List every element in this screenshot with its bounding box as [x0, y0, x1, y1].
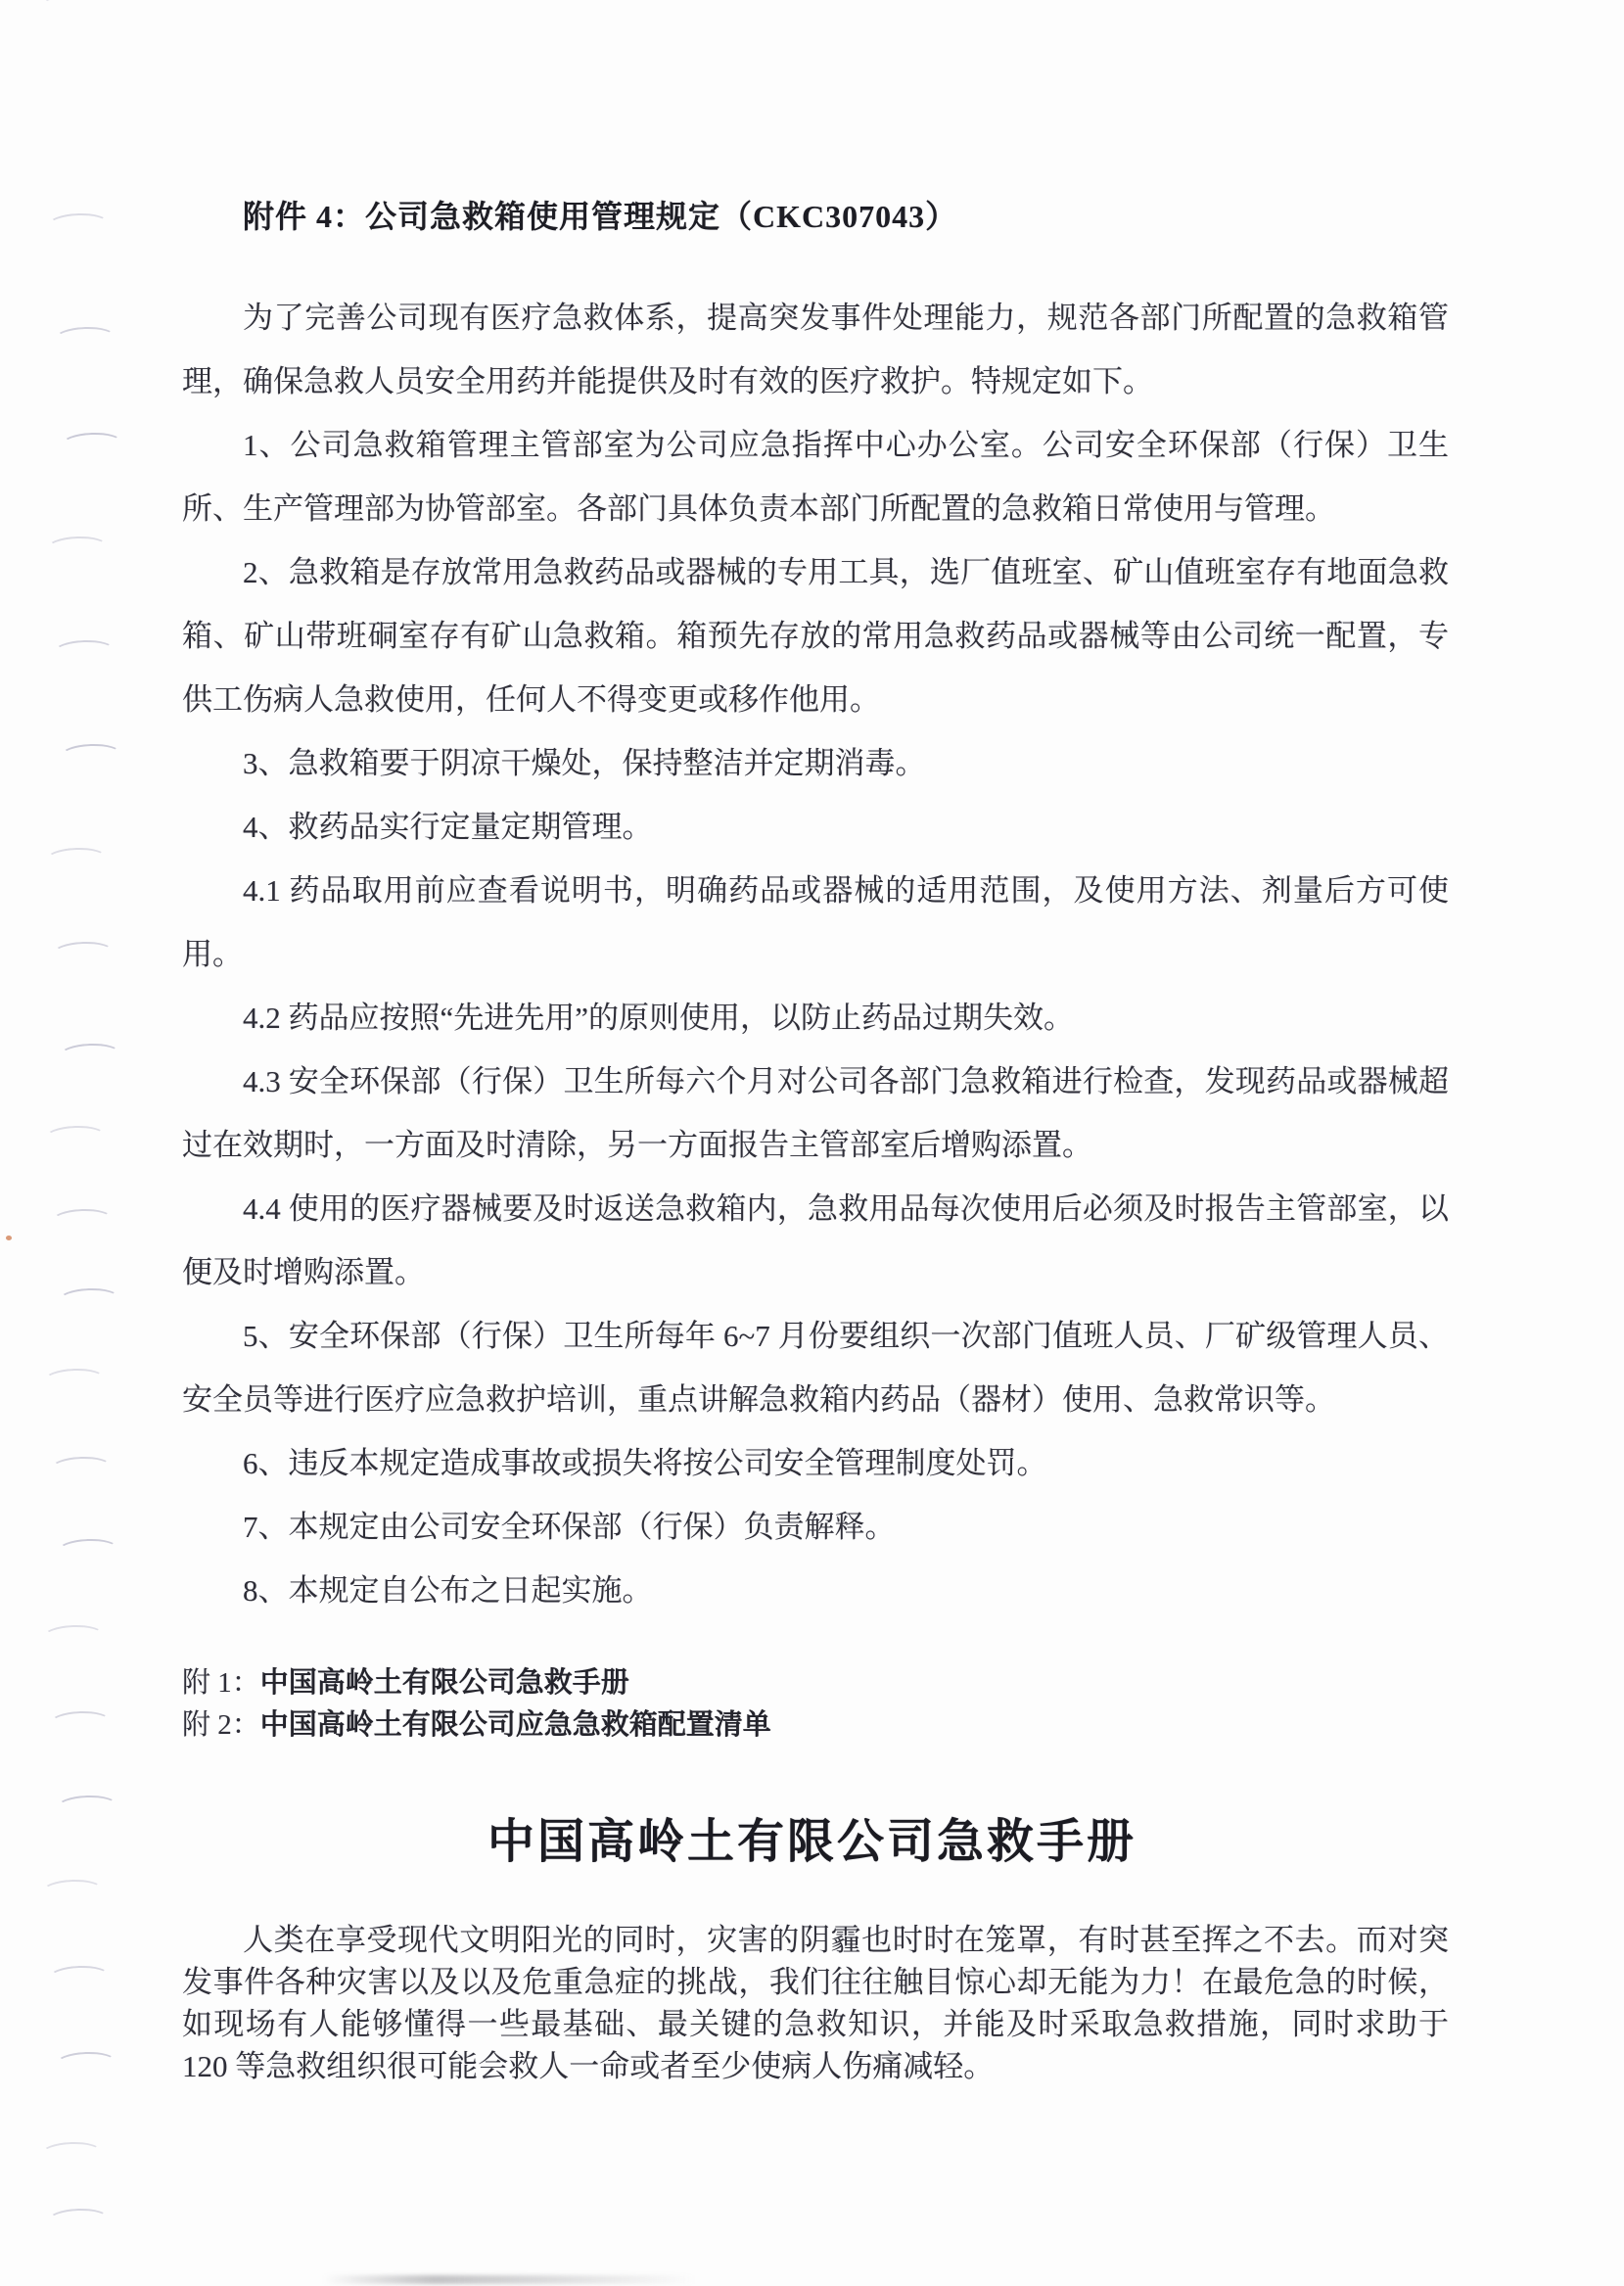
binding-hole-mark — [56, 2051, 117, 2075]
clause-paragraph: 1、公司急救箱管理主管部室为公司应急指挥中心办公室。公司安全环保部（行保）卫生所… — [182, 413, 1449, 540]
attachment-line: 附 2：中国高岭土有限公司应急急救箱配置清单 — [182, 1704, 1449, 1747]
binding-hole-mark — [60, 1043, 121, 1066]
binding-hole-mark — [46, 847, 108, 870]
binding-hole-mark — [48, 212, 110, 236]
binding-hole-mark — [62, 432, 123, 455]
attachment-label: 附 2： — [182, 1709, 260, 1741]
binding-hole-mark — [61, 743, 122, 767]
clause-paragraph: 4、救药品实行定量定期管理。 — [182, 795, 1449, 859]
binding-hole-mark — [52, 1208, 114, 1232]
attachment-title: 中国高岭土有限公司应急急救箱配置清单 — [260, 1709, 771, 1741]
clause-paragraph: 4.4 使用的医疗器械要及时返送急救箱内，急救用品每次使用后必须及时报告主管部室… — [182, 1177, 1449, 1304]
intro-paragraph: 为了完善公司现有医疗急救体系，提高突发事件处理能力，规范各部门所配置的急救箱管理… — [182, 286, 1449, 413]
binding-hole-mark — [44, 1368, 106, 1391]
scan-dot-artifact — [6, 1236, 12, 1240]
clause-paragraph: 6、违反本规定造成事故或损失将按公司安全管理制度处罚。 — [182, 1431, 1449, 1495]
binding-hole-mark — [58, 1538, 119, 1562]
clause-paragraph: 7、本规定由公司安全环保部（行保）负责解释。 — [182, 1495, 1449, 1559]
binding-hole-mark — [51, 1456, 113, 1479]
scan-smudge-artifact — [323, 2275, 695, 2284]
clause-paragraph: 2、急救箱是存放常用急救药品或器械的专用工具，选厂值班室、矿山值班室存有地面急救… — [182, 540, 1449, 731]
attachment-label: 附 1： — [182, 1667, 260, 1699]
attachment-line: 附 1：中国高岭土有限公司急救手册 — [182, 1662, 1449, 1704]
binding-hole-mark — [55, 326, 116, 350]
clause-paragraph: 3、急救箱要于阴凉干燥处，保持整洁并定期消毒。 — [182, 731, 1449, 795]
manual-heading: 中国高岭土有限公司急救手册 — [0, 1803, 1624, 1871]
binding-hole-mark — [53, 941, 115, 964]
clause-paragraph: 4.1 药品取用前应查看说明书，明确药品或器械的适用范围，及使用方法、剂量后方可… — [182, 859, 1449, 986]
regulation-body: 为了完善公司现有医疗急救体系，提高突发事件处理能力，规范各部门所配置的急救箱管理… — [182, 286, 1449, 1622]
manual-intro-paragraph: 人类在享受现代文明阳光的同时，灾害的阴霾也时时在笼罩，有时甚至挥之不去。而对突发… — [182, 1919, 1449, 2087]
clause-paragraph: 4.2 药品应按照“先进先用”的原则使用，以防止药品过期失效。 — [182, 986, 1449, 1050]
binding-hole-mark — [47, 536, 109, 559]
clause-paragraph: 5、安全环保部（行保）卫生所每年 6~7 月份要组织一次部门值班人员、厂矿级管理… — [182, 1304, 1449, 1431]
document-page: 附件 4：公司急救箱使用管理规定（CKC307043） 为了完善公司现有医疗急救… — [0, 0, 1624, 2286]
attachment-title: 中国高岭土有限公司急救手册 — [260, 1667, 629, 1699]
binding-hole-mark — [50, 1710, 112, 1734]
clause-paragraph: 4.3 安全环保部（行保）卫生所每六个月对公司各部门急救箱进行检查，发现药品或器… — [182, 1050, 1449, 1177]
binding-hole-mark — [42, 1879, 104, 1902]
binding-hole-mark — [45, 1125, 107, 1148]
clause-paragraph: 8、本规定自公布之日起实施。 — [182, 1559, 1449, 1622]
binding-hole-mark — [41, 0, 103, 17]
binding-hole-mark — [43, 1624, 105, 1648]
document-title: 附件 4：公司急救箱使用管理规定（CKC307043） — [243, 192, 957, 237]
binding-hole-mark — [41, 2141, 103, 2165]
binding-hole-mark — [48, 2208, 110, 2231]
attachment-list: 附 1：中国高岭土有限公司急救手册附 2：中国高岭土有限公司应急急救箱配置清单 — [182, 1662, 1449, 1747]
binding-hole-mark — [59, 1287, 120, 1311]
binding-hole-mark — [54, 639, 116, 663]
binding-hole-mark — [49, 1965, 111, 1988]
